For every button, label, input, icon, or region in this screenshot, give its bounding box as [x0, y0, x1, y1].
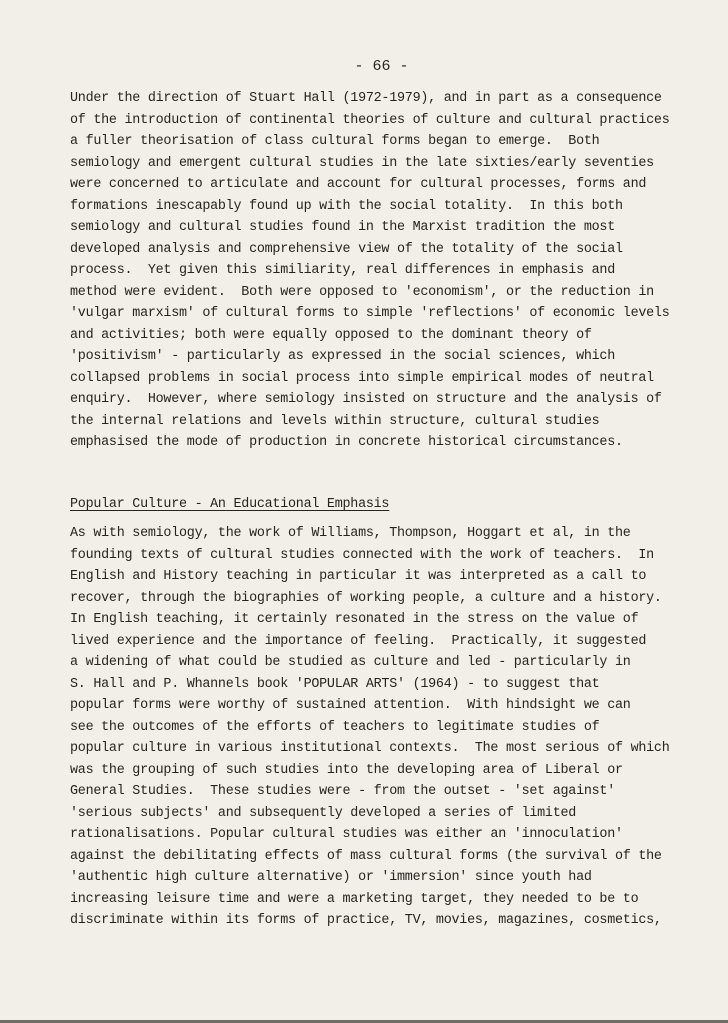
- text-line: method were evident. Both were opposed t…: [70, 282, 680, 304]
- text-line: recover, through the biographies of work…: [70, 588, 680, 610]
- text-line: and activities; both were equally oppose…: [70, 325, 680, 347]
- text-line: was the grouping of such studies into th…: [70, 760, 680, 782]
- text-line: General Studies. These studies were - fr…: [70, 781, 680, 803]
- text-line: developed analysis and comprehensive vie…: [70, 239, 680, 261]
- text-line: semiology and cultural studies found in …: [70, 217, 680, 239]
- text-line: rationalisations. Popular cultural studi…: [70, 824, 680, 846]
- text-line: a fuller theorisation of class cultural …: [70, 131, 680, 153]
- text-line: S. Hall and P. Whannels book 'POPULAR AR…: [70, 674, 680, 696]
- text-line: a widening of what could be studied as c…: [70, 652, 680, 674]
- text-line: 'positivism' - particularly as expressed…: [70, 346, 680, 368]
- text-line: process. Yet given this similiarity, rea…: [70, 260, 680, 282]
- text-line: enquiry. However, where semiology insist…: [70, 389, 680, 411]
- text-line: collapsed problems in social process int…: [70, 368, 680, 390]
- section-heading: Popular Culture - An Educational Emphasi…: [70, 496, 389, 514]
- text-line: As with semiology, the work of Williams,…: [70, 523, 680, 545]
- text-line: lived experience and the importance of f…: [70, 631, 680, 653]
- text-line: the internal relations and levels within…: [70, 411, 680, 433]
- document-page: - 66 - Under the direction of Stuart Hal…: [0, 0, 728, 1023]
- text-line: popular culture in various institutional…: [70, 738, 680, 760]
- text-line: In English teaching, it certainly resona…: [70, 609, 680, 631]
- text-line: 'authentic high culture alternative) or …: [70, 867, 680, 889]
- text-line: semiology and emergent cultural studies …: [70, 153, 680, 175]
- paragraph-popular-culture: As with semiology, the work of Williams,…: [70, 523, 680, 932]
- text-line: emphasised the mode of production in con…: [70, 432, 680, 454]
- page-number: - 66 -: [0, 58, 728, 75]
- text-line: 'vulgar marxism' of cultural forms to si…: [70, 303, 680, 325]
- text-line: see the outcomes of the efforts of teach…: [70, 717, 680, 739]
- text-line: of the introduction of continental theor…: [70, 110, 680, 132]
- text-line: against the debilitating effects of mass…: [70, 846, 680, 868]
- text-line: Under the direction of Stuart Hall (1972…: [70, 88, 680, 110]
- text-line: discriminate within its forms of practic…: [70, 910, 680, 932]
- text-line: were concerned to articulate and account…: [70, 174, 680, 196]
- paragraph-semiology-cultural-studies: Under the direction of Stuart Hall (1972…: [70, 88, 680, 454]
- text-line: popular forms were worthy of sustained a…: [70, 695, 680, 717]
- text-line: formations inescapably found up with the…: [70, 196, 680, 218]
- text-line: founding texts of cultural studies conne…: [70, 545, 680, 567]
- text-line: 'serious subjects' and subsequently deve…: [70, 803, 680, 825]
- text-line: increasing leisure time and were a marke…: [70, 889, 680, 911]
- text-line: English and History teaching in particul…: [70, 566, 680, 588]
